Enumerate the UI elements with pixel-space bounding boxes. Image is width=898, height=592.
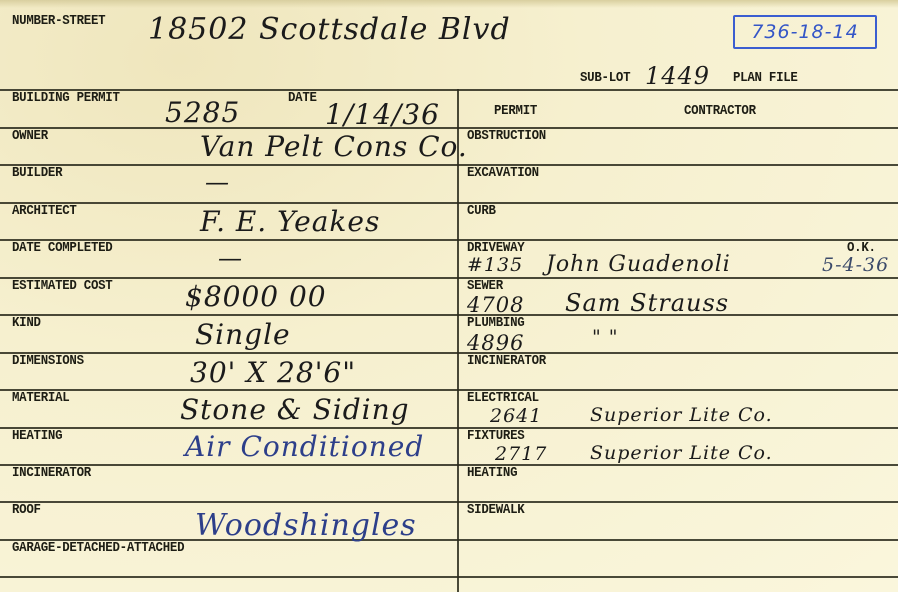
rule	[0, 277, 898, 279]
dimensions-value: 30' X 28'6"	[190, 356, 356, 389]
rule	[0, 389, 898, 391]
plumbing-permit: 4896	[467, 331, 524, 355]
incinerator-label: INCINERATOR	[12, 466, 91, 481]
building-permit-value: 5285	[165, 96, 240, 129]
plan-file-label: PLAN FILE	[733, 71, 798, 86]
permit-card: NUMBER-STREET 18502 Scottsdale Blvd 736-…	[0, 0, 898, 592]
kind-label: KIND	[12, 316, 41, 331]
owner-label: OWNER	[12, 129, 48, 144]
date-completed-value: —	[218, 244, 243, 272]
estimated-cost-value: $8000 00	[185, 280, 327, 313]
sewer-label: SEWER	[467, 279, 503, 294]
dimensions-label: DIMENSIONS	[12, 354, 84, 369]
rule	[0, 501, 898, 503]
obstruction-label: OBSTRUCTION	[467, 129, 546, 144]
owner-value: Van Pelt Cons Co.	[200, 130, 468, 163]
excavation-label: EXCAVATION	[467, 166, 539, 181]
garage-label: GARAGE-DETACHED-ATTACHED	[12, 541, 184, 556]
rule	[0, 427, 898, 429]
rule	[0, 164, 898, 166]
rule	[0, 314, 898, 316]
architect-value: F. E. Yeakes	[200, 205, 380, 238]
rule	[0, 127, 898, 129]
sub-lot-value: 1449	[645, 62, 710, 90]
curb-label: CURB	[467, 204, 496, 219]
driveway-ok-date: 5-4-36	[822, 254, 889, 276]
driveway-permit: #135	[467, 254, 523, 276]
fixtures-contractor: Superior Lite Co.	[590, 442, 773, 464]
rule	[0, 202, 898, 204]
fixtures-permit: 2717	[495, 443, 547, 465]
roof-label: ROOF	[12, 503, 41, 518]
sub-lot-label: SUB-LOT	[580, 71, 630, 86]
rule	[0, 89, 898, 91]
date-completed-label: DATE COMPLETED	[12, 241, 112, 256]
sewer-permit: 4708	[467, 293, 524, 317]
rule	[0, 576, 898, 578]
plumbing-label: PLUMBING	[467, 316, 524, 331]
permit-column-header: PERMIT	[494, 104, 537, 119]
sidewalk-label: SIDEWALK	[467, 503, 524, 518]
column-divider	[457, 89, 459, 592]
heating-permit-label: HEATING	[467, 466, 517, 481]
driveway-contractor: John Guadenoli	[546, 252, 731, 277]
parcel-number-stamp: 736-18-14	[733, 15, 877, 49]
card-top-edge	[0, 0, 898, 8]
electrical-label: ELECTRICAL	[467, 391, 539, 406]
incinerator-permit-label: INCINERATOR	[467, 354, 546, 369]
building-permit-label: BUILDING PERMIT	[12, 91, 120, 106]
material-label: MATERIAL	[12, 391, 69, 406]
plumbing-contractor: " "	[592, 326, 619, 348]
rule	[0, 352, 898, 354]
kind-value: Single	[195, 318, 291, 351]
material-value: Stone & Siding	[180, 393, 410, 426]
rule	[0, 464, 898, 466]
builder-value: —	[205, 168, 230, 196]
builder-label: BUILDER	[12, 166, 62, 181]
number-street-label: NUMBER-STREET	[12, 14, 105, 29]
architect-label: ARCHITECT	[12, 204, 77, 219]
heating-value: Air Conditioned	[185, 430, 424, 463]
sewer-contractor: Sam Strauss	[565, 289, 729, 317]
roof-value: Woodshingles	[195, 508, 417, 543]
contractor-column-header: CONTRACTOR	[684, 104, 756, 119]
fixtures-label: FIXTURES	[467, 429, 524, 444]
date-label: DATE	[288, 91, 317, 106]
electrical-permit: 2641	[490, 405, 542, 427]
heating-label: HEATING	[12, 429, 62, 444]
electrical-contractor: Superior Lite Co.	[590, 404, 773, 426]
date-value: 1/14/36	[325, 98, 440, 131]
rule	[0, 239, 898, 241]
estimated-cost-label: ESTIMATED COST	[12, 279, 112, 294]
address-value: 18502 Scottsdale Blvd	[148, 12, 511, 47]
